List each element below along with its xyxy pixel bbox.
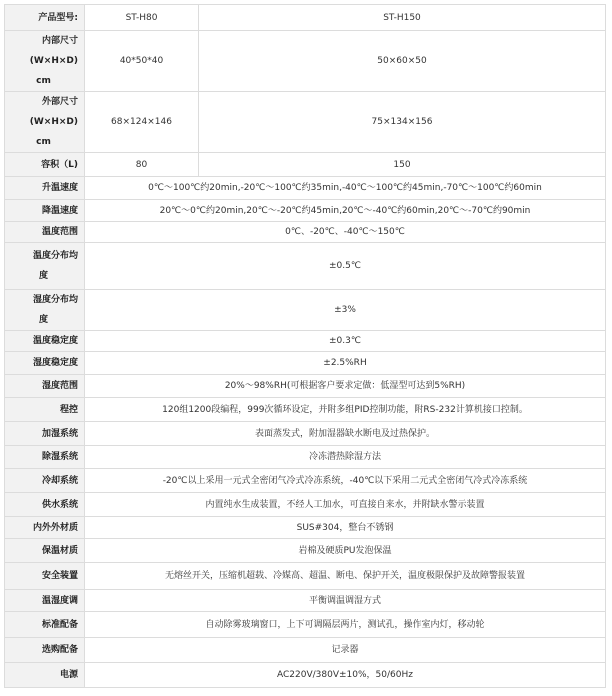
row-label: 温度稳定度 bbox=[5, 331, 85, 352]
row-label: 保温材质 bbox=[5, 539, 85, 563]
model-1: ST-H80 bbox=[85, 5, 199, 31]
row-value: 平衡调温调湿方式 bbox=[85, 590, 606, 612]
spec-row: 安全装置无熔丝开关，压缩机超载、冷媒高、超温、断电、保护开关，温度极限保护及故障… bbox=[5, 563, 606, 590]
row-value: SUS#304，整台不锈钢 bbox=[85, 517, 606, 539]
row-value: ±0.5℃ bbox=[85, 243, 606, 290]
value-1: 80 bbox=[85, 153, 199, 177]
row-value: 内置纯水生成装置，不经人工加水，可直接自来水，并附缺水警示装置 bbox=[85, 493, 606, 517]
label-line: 度 bbox=[9, 266, 78, 286]
row-value: ±3% bbox=[85, 290, 606, 331]
row-label: 升温速度 bbox=[5, 177, 85, 200]
spec-row: 湿度范围20%～98%RH(可根据客户要求定做：低湿型可达到5%RH) bbox=[5, 375, 606, 398]
row-label: 冷却系统 bbox=[5, 469, 85, 493]
spec-row: 标准配备自动除雾玻璃窗口，上下可调隔层两片，测试孔，操作室内灯，移动轮 bbox=[5, 612, 606, 638]
spec-row: 降温速度20℃～0℃约20min,20℃～-20℃约45min,20℃～-40℃… bbox=[5, 200, 606, 222]
spec-table: 产品型号: ST-H80 ST-H150 内部尺寸 (W×H×D) cm 40*… bbox=[4, 4, 606, 688]
spec-row: 温度范围0℃、-20℃、-40℃～150℃ bbox=[5, 222, 606, 243]
label-line: 安全装置 bbox=[9, 566, 78, 586]
spec-row: 电源AC220V/380V±10%，50/60Hz bbox=[5, 663, 606, 688]
row-value: 无熔丝开关，压缩机超载、冷媒高、超温、断电、保护开关，温度极限保护及故障警报装置 bbox=[85, 563, 606, 590]
label-line: 电源 bbox=[9, 665, 78, 685]
label-line: 湿度稳定度 bbox=[9, 353, 78, 373]
label-line: 程控 bbox=[9, 400, 78, 420]
label-line: cm bbox=[9, 71, 78, 91]
row-label: 湿度稳定度 bbox=[5, 352, 85, 375]
row-label: 温度分布均度 bbox=[5, 243, 85, 290]
row-label: 产品型号: bbox=[5, 5, 85, 31]
label-line: 湿度范围 bbox=[9, 376, 78, 396]
row-value: -20℃以上采用一元式全密闭气冷式冷冻系统，-40℃以下采用二元式全密闭气冷式冷… bbox=[85, 469, 606, 493]
row-value: 0℃～100℃约20min,-20℃～100℃约35min,-40℃～100℃约… bbox=[85, 177, 606, 200]
label-line: 内外外材质 bbox=[9, 518, 78, 538]
label-line: 温度范围 bbox=[9, 222, 78, 242]
model-2: ST-H150 bbox=[199, 5, 606, 31]
row-value: 岩棉及硬质PU发泡保温 bbox=[85, 539, 606, 563]
spec-row: 加湿系统表面蒸发式，附加湿器缺水断电及过热保护。 bbox=[5, 422, 606, 446]
spec-row: 温度分布均度±0.5℃ bbox=[5, 243, 606, 290]
row-label: 除湿系统 bbox=[5, 446, 85, 469]
row-value: 20%～98%RH(可根据客户要求定做：低湿型可达到5%RH) bbox=[85, 375, 606, 398]
row-label: 温湿度调 bbox=[5, 590, 85, 612]
label-line: 度 bbox=[9, 310, 78, 330]
row-label: 内外外材质 bbox=[5, 517, 85, 539]
row-label: 电源 bbox=[5, 663, 85, 688]
spec-row: 湿度稳定度±2.5%RH bbox=[5, 352, 606, 375]
value-2: 50×60×50 bbox=[199, 31, 606, 92]
row-label: 安全装置 bbox=[5, 563, 85, 590]
row-label: 供水系统 bbox=[5, 493, 85, 517]
label-line: 外部尺寸 bbox=[9, 92, 78, 112]
spec-row-internal-size: 内部尺寸 (W×H×D) cm 40*50*40 50×60×50 bbox=[5, 31, 606, 92]
row-value: 冷冻潜热除湿方法 bbox=[85, 446, 606, 469]
spec-row-volume: 容积（L) 80 150 bbox=[5, 153, 606, 177]
spec-row: 湿度分布均度±3% bbox=[5, 290, 606, 331]
row-label: 湿度范围 bbox=[5, 375, 85, 398]
spec-row: 温湿度调平衡调温调湿方式 bbox=[5, 590, 606, 612]
label-line: (W×H×D) bbox=[9, 51, 78, 71]
row-label: 选购配备 bbox=[5, 638, 85, 663]
value-2: 150 bbox=[199, 153, 606, 177]
row-value: 表面蒸发式，附加湿器缺水断电及过热保护。 bbox=[85, 422, 606, 446]
row-value: 记录器 bbox=[85, 638, 606, 663]
label-line: 降温速度 bbox=[9, 201, 78, 221]
row-value: ±2.5%RH bbox=[85, 352, 606, 375]
label-line: 温度分布均 bbox=[9, 246, 78, 266]
row-value: 0℃、-20℃、-40℃～150℃ bbox=[85, 222, 606, 243]
header-row: 产品型号: ST-H80 ST-H150 bbox=[5, 5, 606, 31]
row-label: 降温速度 bbox=[5, 200, 85, 222]
spec-row: 冷却系统-20℃以上采用一元式全密闭气冷式冷冻系统，-40℃以下采用二元式全密闭… bbox=[5, 469, 606, 493]
spec-row: 内外外材质SUS#304，整台不锈钢 bbox=[5, 517, 606, 539]
row-label: 加湿系统 bbox=[5, 422, 85, 446]
row-value: 自动除雾玻璃窗口，上下可调隔层两片，测试孔，操作室内灯，移动轮 bbox=[85, 612, 606, 638]
label-line: 选购配备 bbox=[9, 640, 78, 660]
label-line: 标准配备 bbox=[9, 615, 78, 635]
spec-row-external-size: 外部尺寸 (W×H×D) cm 68×124×146 75×134×156 bbox=[5, 92, 606, 153]
value-1: 68×124×146 bbox=[85, 92, 199, 153]
row-label: 容积（L) bbox=[5, 153, 85, 177]
row-label: 外部尺寸 (W×H×D) cm bbox=[5, 92, 85, 153]
row-value: 120组1200段编程，999次循环设定，并附多组PID控制功能，附RS-232… bbox=[85, 398, 606, 422]
row-label: 内部尺寸 (W×H×D) cm bbox=[5, 31, 85, 92]
label-line: 温湿度调 bbox=[9, 591, 78, 611]
row-value: ±0.3℃ bbox=[85, 331, 606, 352]
label-line: 保温材质 bbox=[9, 541, 78, 561]
spec-row: 供水系统内置纯水生成装置，不经人工加水，可直接自来水，并附缺水警示装置 bbox=[5, 493, 606, 517]
value-2: 75×134×156 bbox=[199, 92, 606, 153]
spec-row: 温度稳定度±0.3℃ bbox=[5, 331, 606, 352]
value-1: 40*50*40 bbox=[85, 31, 199, 92]
label-line: cm bbox=[9, 132, 78, 152]
label-line: (W×H×D) bbox=[9, 112, 78, 132]
row-label: 程控 bbox=[5, 398, 85, 422]
label-line: 加湿系统 bbox=[9, 424, 78, 444]
label-line: 内部尺寸 bbox=[9, 31, 78, 51]
row-label: 温度范围 bbox=[5, 222, 85, 243]
label-line: 湿度分布均 bbox=[9, 290, 78, 310]
spec-row: 升温速度0℃～100℃约20min,-20℃～100℃约35min,-40℃～1… bbox=[5, 177, 606, 200]
label-line: 除湿系统 bbox=[9, 447, 78, 467]
spec-row: 选购配备记录器 bbox=[5, 638, 606, 663]
row-label: 标准配备 bbox=[5, 612, 85, 638]
spec-row: 除湿系统冷冻潜热除湿方法 bbox=[5, 446, 606, 469]
spec-row: 程控120组1200段编程，999次循环设定，并附多组PID控制功能，附RS-2… bbox=[5, 398, 606, 422]
label-line: 供水系统 bbox=[9, 495, 78, 515]
row-value: 20℃～0℃约20min,20℃～-20℃约45min,20℃～-40℃约60m… bbox=[85, 200, 606, 222]
label-line: 温度稳定度 bbox=[9, 331, 78, 351]
row-label: 湿度分布均度 bbox=[5, 290, 85, 331]
label-line: 冷却系统 bbox=[9, 471, 78, 491]
spec-row: 保温材质岩棉及硬质PU发泡保温 bbox=[5, 539, 606, 563]
label-line: 升温速度 bbox=[9, 178, 78, 198]
row-value: AC220V/380V±10%，50/60Hz bbox=[85, 663, 606, 688]
